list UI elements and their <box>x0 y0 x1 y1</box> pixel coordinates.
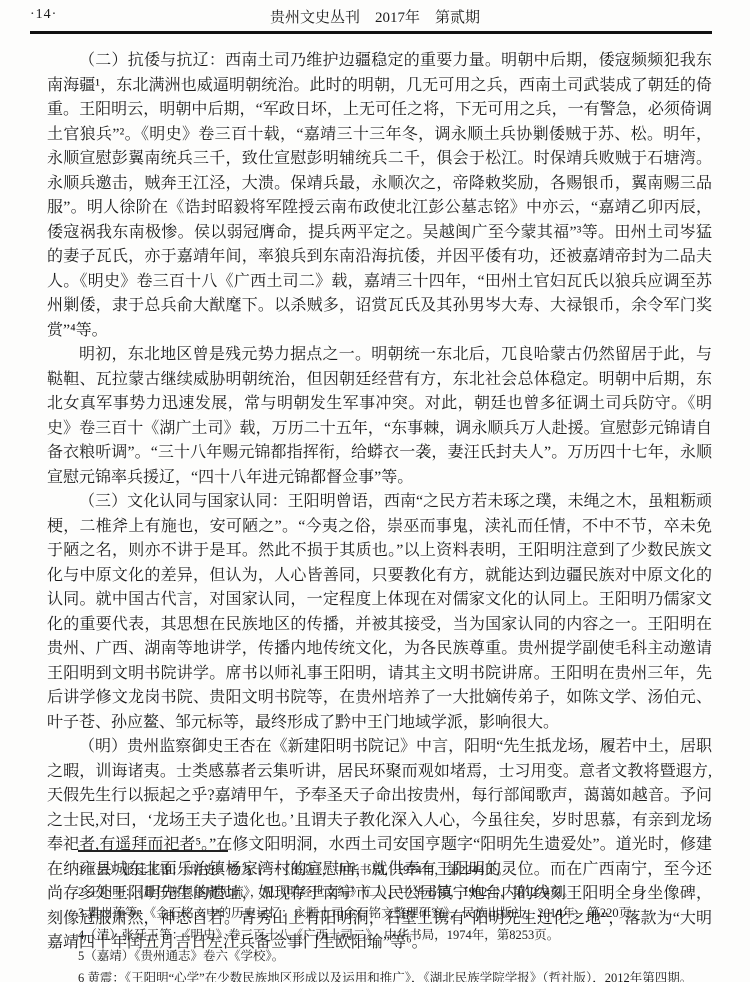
footnotes-section: 1（清）张廷玉等：《明史》卷九十一《海防》，中华书局，1974年，第2244页。… <box>47 850 712 982</box>
footnote-separator-rule <box>78 850 228 852</box>
footnote-6: 6 黄震：《王阳明“心学”在少数民族地区形成以及运用和推广》，《湖北民族学院学报… <box>78 968 712 982</box>
journal-title: 贵州文史丛刊 2017年 第贰期 <box>0 6 750 27</box>
footnote-4: 4（清）张廷玉等：《明史》卷三百十八《广西土司二》，中华书局，1974年，第82… <box>78 925 712 947</box>
footnote-1: 1（清）张廷玉等：《明史》卷九十一《海防》，中华书局，1974年，第2244页。 <box>78 860 712 882</box>
paragraph-resisting-wokou-and-liao: （二）抗倭与抗辽：西南土司乃维护边疆稳定的重要力量。明朝中后期，倭寇频频犯我东南… <box>47 49 712 343</box>
paragraph-northeast-ming: 明初，东北地区曾是残元势力据点之一。明朝统一东北后，兀良哈蒙古仍然留居于此，与鞑… <box>47 343 712 490</box>
footnote-5: 5（嘉靖）《贵州通志》卷六《学校》。 <box>78 946 712 968</box>
page-header: ·14· 贵州文史丛刊 2017年 第贰期 <box>0 0 750 31</box>
footnote-3: 3 瞿州莲等：《金石铭文中的历史记忆：永顺土司金石铭文整理研究》，民族出版社，2… <box>78 903 712 925</box>
footnote-list: 1（清）张廷玉等：《明史》卷九十一《海防》，中华书局，1974年，第2244页。… <box>47 860 712 982</box>
journal-page: ·14· 贵州文史丛刊 2017年 第贰期 （二）抗倭与抗辽：西南土司乃维护边疆… <box>0 0 750 982</box>
header-rule <box>30 31 712 34</box>
footnote-2: 2 王阳明：《赴任谢恩遂膚见疏》，见《明经世文编》（二），中华书局，1962年，… <box>78 882 712 904</box>
article-body: （二）抗倭与抗辽：西南土司乃维护边疆稳定的重要力量。明朝中后期，倭寇频频犯我东南… <box>47 49 712 956</box>
paragraph-cultural-national-identity: （三）文化认同与国家认同：王阳明曾语，西南“之民方若未琢之璞，未绳之木，虽粗粝顽… <box>47 490 712 735</box>
